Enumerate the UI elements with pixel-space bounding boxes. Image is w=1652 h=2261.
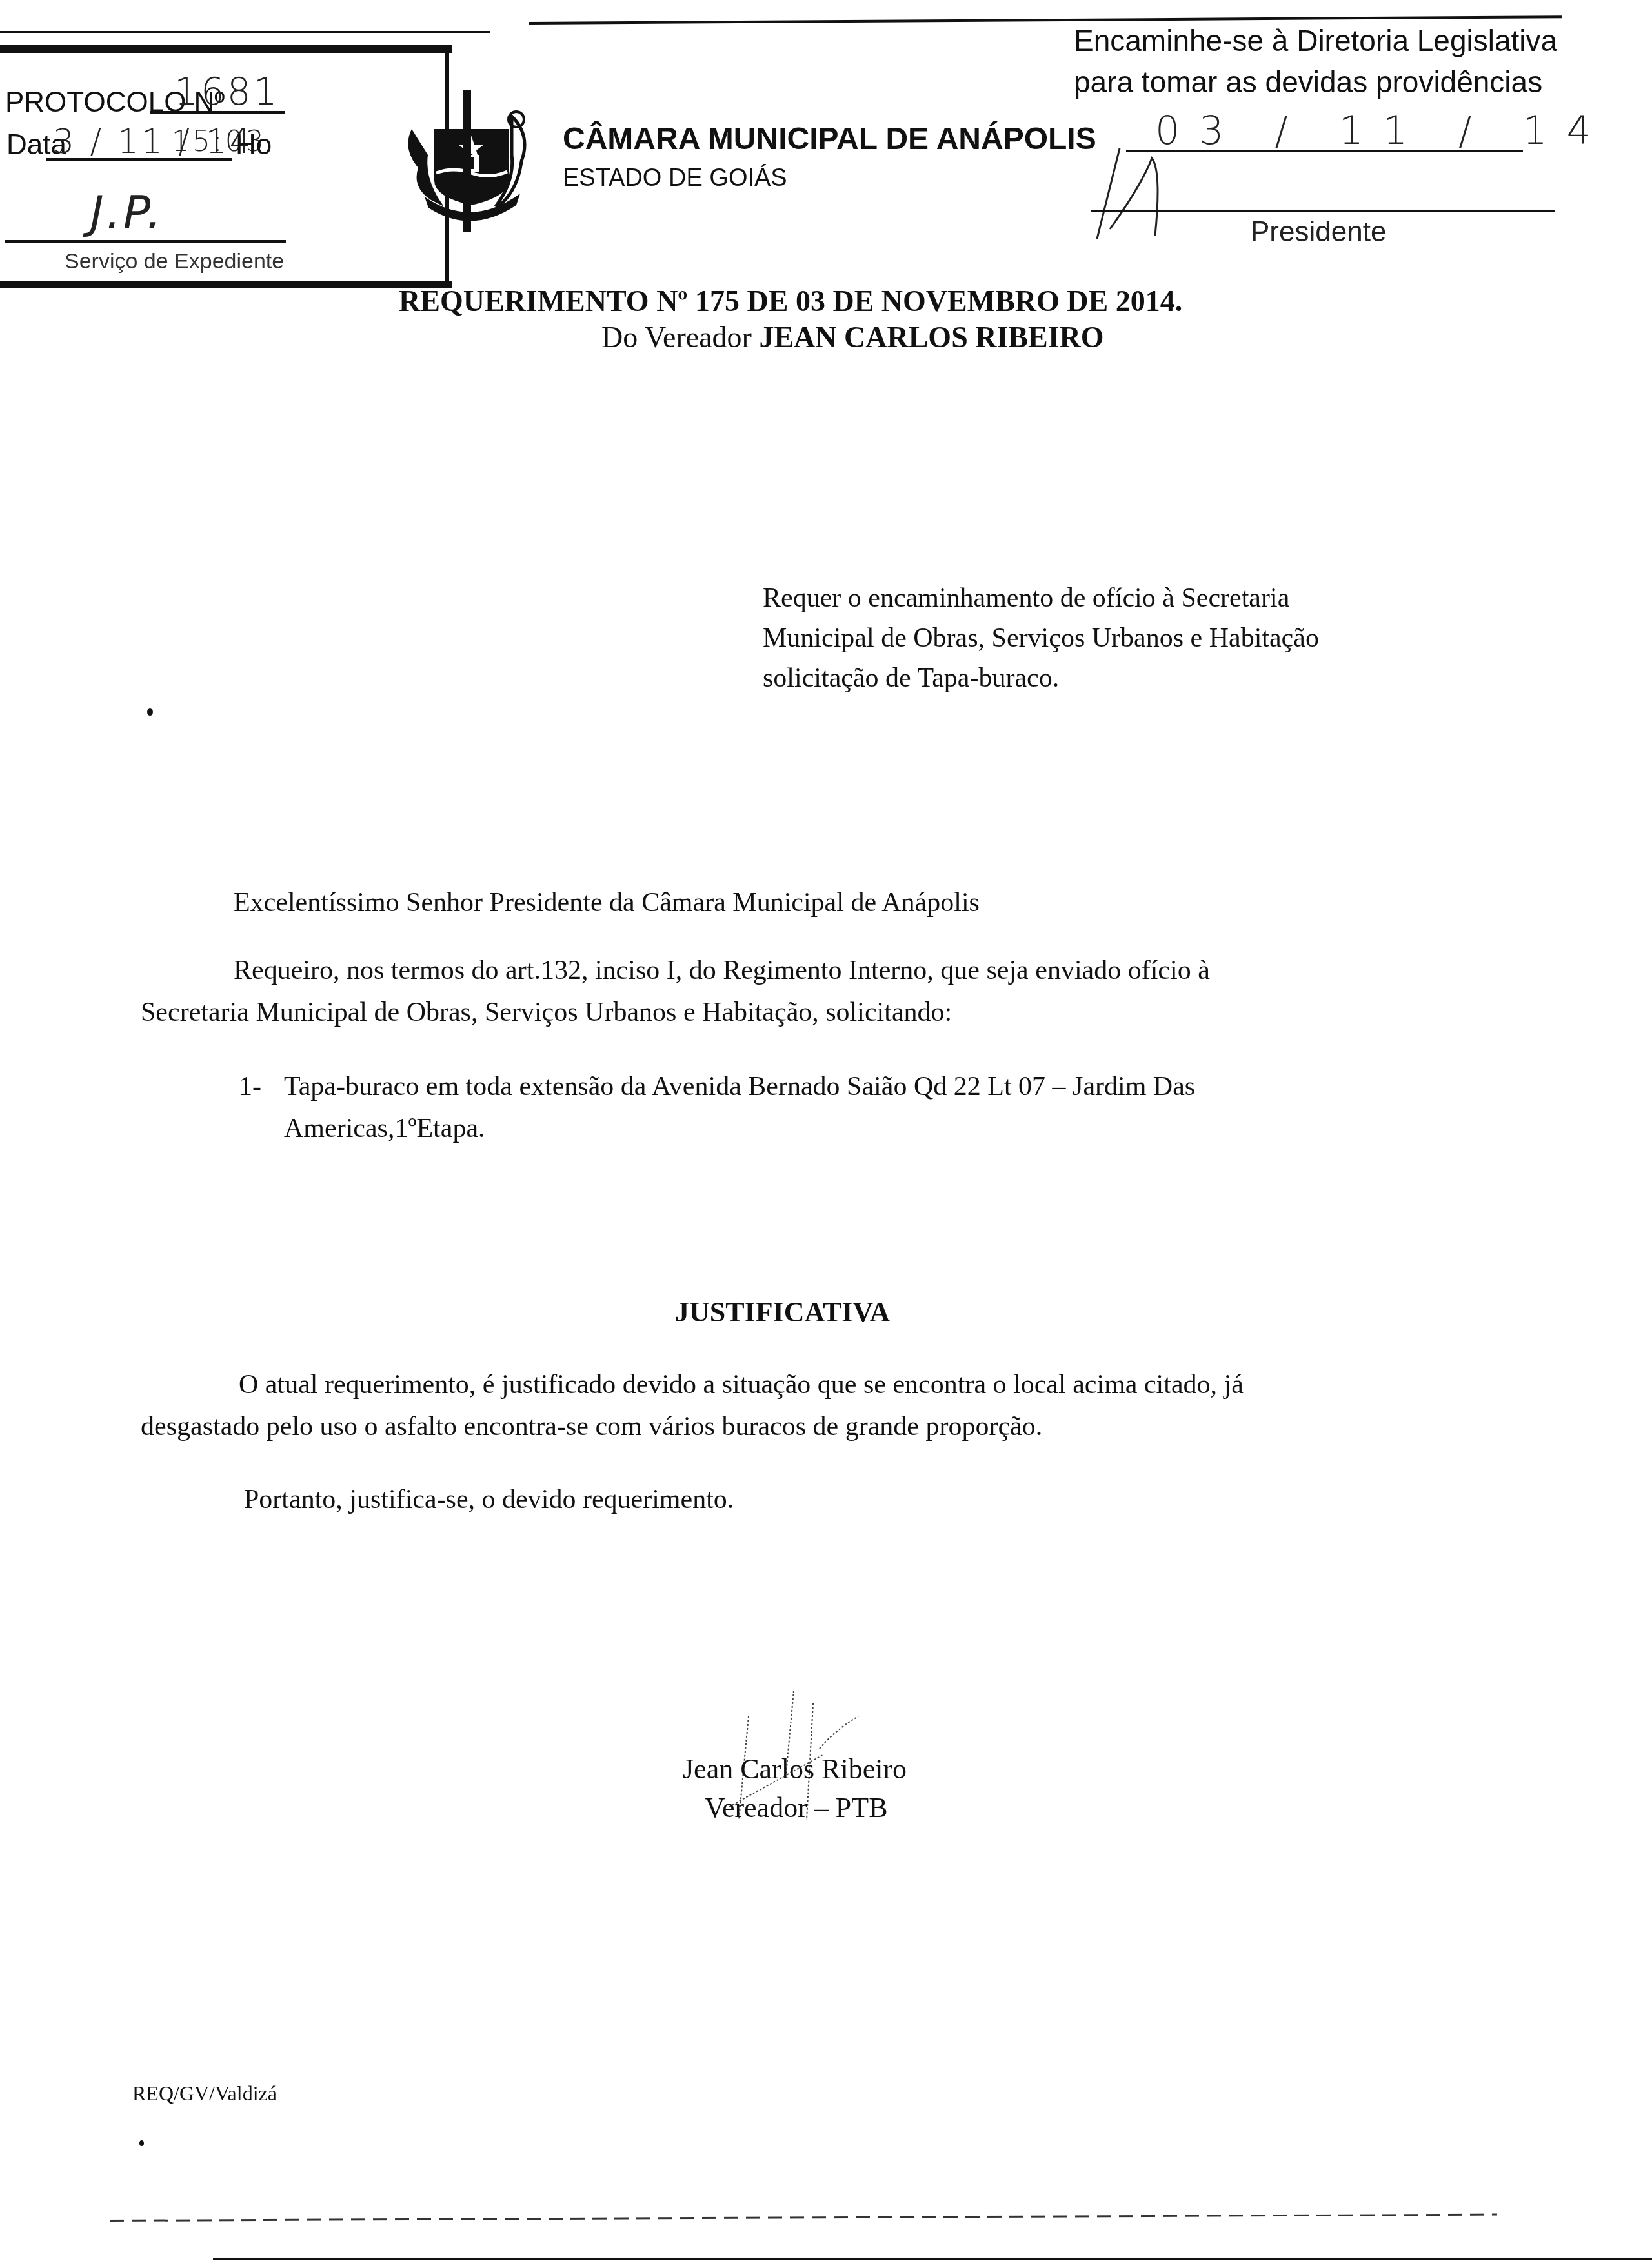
dispatch-signature-line (1091, 210, 1555, 212)
document-title: REQUERIMENTO Nº 175 DE 03 DE NOVEMBRO DE… (399, 284, 1182, 318)
justification-line-1: O atual requerimento, é justificado devi… (239, 1369, 1244, 1400)
signer-role: Vereador – PTB (705, 1791, 888, 1824)
item-number: 1- (239, 1071, 261, 1102)
document-author: Do Vereador JEAN CARLOS RIBEIRO (601, 320, 1104, 354)
scan-bottom-rule (213, 2258, 1652, 2260)
president-signature-icon (1091, 145, 1181, 242)
scan-top-rule-left (0, 31, 490, 33)
scan-speck (139, 2140, 144, 2146)
summary-line-3: solicitação de Tapa-buraco. (763, 663, 1059, 694)
dispatch-line-1: Encaminhe-se à Diretoria Legislativa (1074, 23, 1557, 58)
hora-label: Ho (236, 129, 272, 161)
request-line-1: Requeiro, nos termos do art.132, inciso … (234, 955, 1210, 986)
coat-of-arms-icon (405, 90, 534, 232)
salutation: Excelentíssimo Senhor Presidente da Câma… (234, 887, 980, 918)
signature-role: Presidente (1251, 216, 1386, 248)
request-line-2: Secretaria Municipal de Obras, Serviços … (141, 997, 952, 1028)
scan-dashed-line (110, 2214, 1497, 2222)
scan-speck (147, 708, 153, 716)
author-name: JEAN CARLOS RIBEIRO (759, 321, 1103, 354)
dispatch-line-2: para tomar as devidas providências (1074, 65, 1542, 99)
item-line-2: Americas,1ºEtapa. (284, 1113, 485, 1144)
stamp-bottom-bar (0, 281, 452, 288)
item-line-1: Tapa-buraco em toda extensão da Avenida … (284, 1071, 1195, 1102)
institution-name: CÂMARA MUNICIPAL DE ANÁPOLIS (563, 121, 1096, 157)
dispatch-date: 03 / 11 / 14 (1155, 108, 1611, 154)
summary-line-1: Requer o encaminhamento de ofício à Secr… (763, 583, 1289, 614)
justification-line-2: desgastado pelo uso o asfalto encontra-s… (141, 1411, 1042, 1442)
author-prefix: Do Vereador (601, 321, 752, 354)
summary-line-2: Municipal de Obras, Serviços Urbanos e H… (763, 623, 1319, 654)
justification-heading: JUSTIFICATIVA (675, 1296, 890, 1329)
state-name: ESTADO DE GOIÁS (563, 165, 787, 192)
stamp-signature: J.P. (90, 186, 164, 239)
signer-name: Jean Carlos Ribeiro (683, 1753, 907, 1785)
document-reference: REQ/GV/Valdizá (132, 2082, 277, 2105)
stamp-top-bar (0, 45, 452, 53)
closing-statement: Portanto, justifica-se, o devido requeri… (244, 1484, 734, 1515)
protocolo-value: 1681 (174, 70, 280, 114)
service-label: Serviço de Expediente (65, 249, 284, 274)
signature-line (5, 240, 286, 243)
